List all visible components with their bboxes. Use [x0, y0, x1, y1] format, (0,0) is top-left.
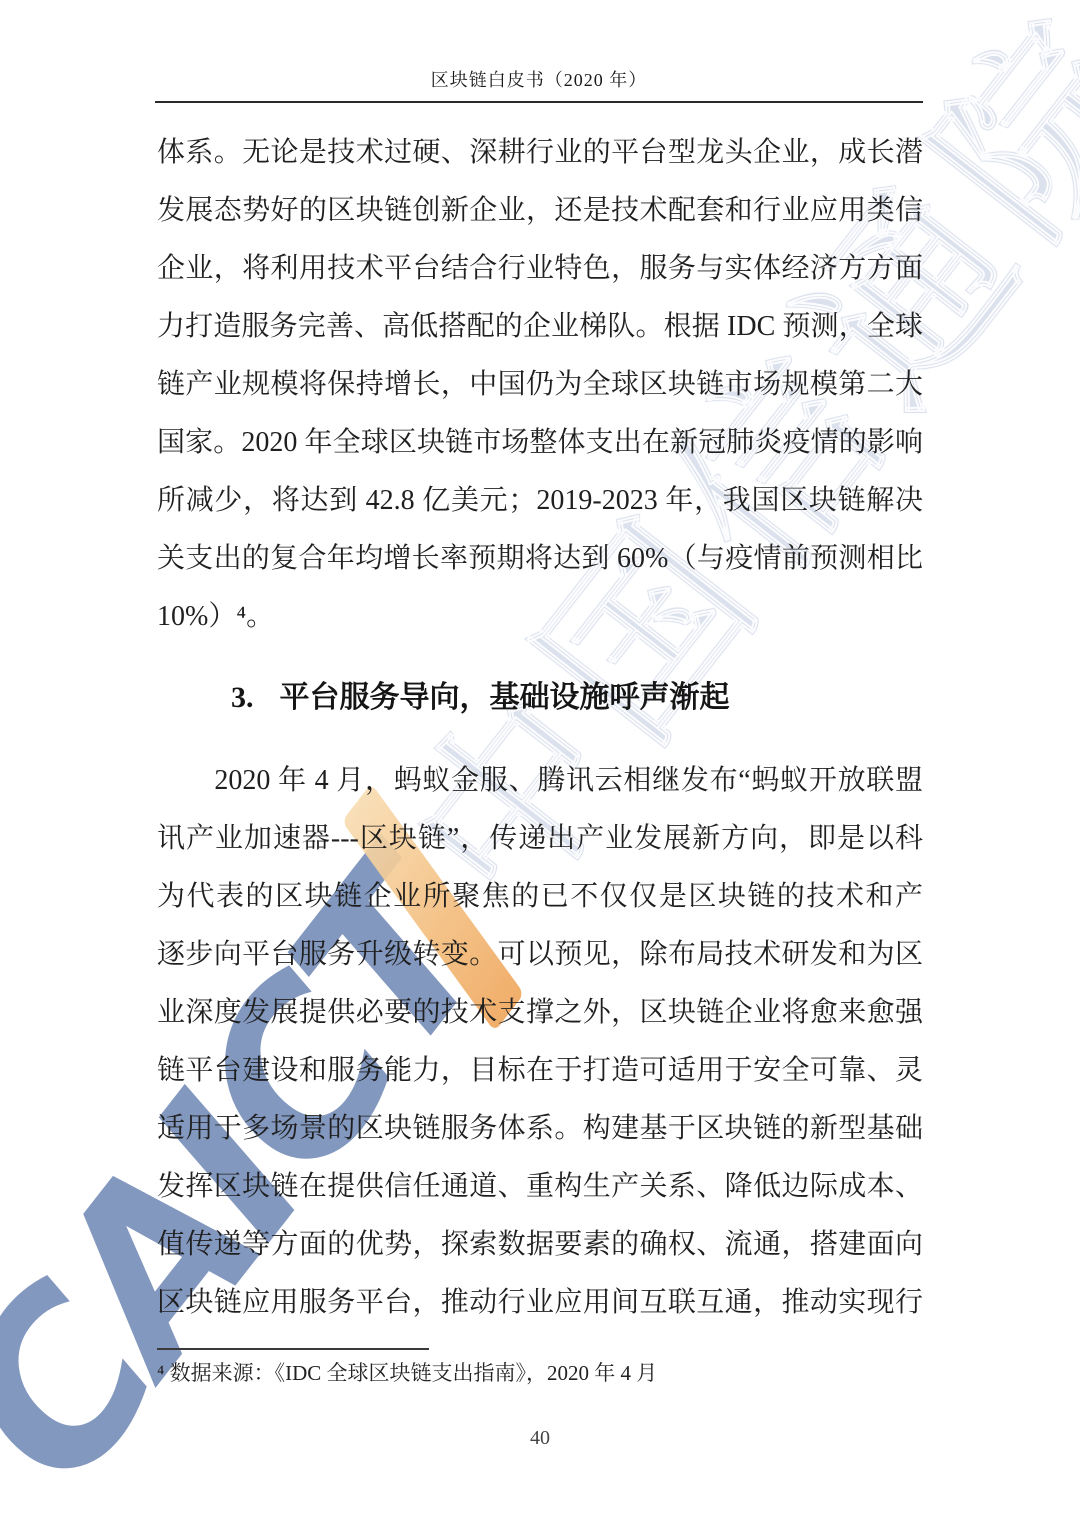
section-number: 3. [231, 681, 254, 714]
body-text: 体系。无论是技术过硬、深耕行业的平台型龙头企业，成长潜力大、发展态势好的区块链创… [157, 124, 923, 1388]
section-title: 平台服务导向，基础设施呼声渐起 [280, 681, 730, 714]
text-line: 链平台建设和服务能力，目标在于打造可适用于安全可靠、灵活高效、 [157, 1042, 923, 1100]
text-line: 讯产业加速器---区块链”，传递出产业发展新方向，即是以科技龙头 [157, 810, 923, 868]
footnote-text: ⁴ 数据来源：《IDC 全球区块链支出指南》，2020 年 4 月 [157, 1358, 923, 1388]
text-line: 体系。无论是技术过硬、深耕行业的平台型龙头企业，成长潜力大、 [157, 124, 923, 182]
footnote: ⁴ 数据来源：《IDC 全球区块链支出指南》，2020 年 4 月 [157, 1348, 923, 1388]
page-number: 40 [0, 1427, 1080, 1450]
text-line: 区块链应用服务平台，推动行业应用间互联互通，推动实现行业运行 [157, 1274, 923, 1332]
page-header-title: 区块链白皮书（2020 年） [155, 66, 923, 92]
section-heading: 3.平台服务导向，基础设施呼声渐起 [157, 676, 923, 720]
text-line: 值传递等方面的优势，探索数据要素的确权、流通，搭建面向行业的 [157, 1216, 923, 1274]
text-line: 逐步向平台服务升级转变。可以预见，除布局技术研发和为区块链产 [157, 926, 923, 984]
text-line: 国家。2020 年全球区块链市场整体支出在新冠肺炎疫情的影响下有 [157, 414, 923, 472]
text-line: 力打造服务完善、高低搭配的企业梯队。根据 IDC 预测，全球区块 [157, 298, 923, 356]
text-line: 适用于多场景的区块链服务体系。构建基于区块链的新型基础设施， [157, 1100, 923, 1158]
text-line: 关支出的复合年均增长率预期将达到 60%（与疫情前预测相比下降约 [157, 530, 923, 588]
text-line: 2020 年 4 月，蚂蚁金服、腾讯云相继发布“蚂蚁开放联盟链”和“腾 [157, 752, 923, 810]
text-line: 链产业规模将保持增长，中国仍为全球区块链市场规模第二大的单体 [157, 356, 923, 414]
text-line: 业深度发展提供必要的技术支撑之外，区块链企业将愈来愈强调区块 [157, 984, 923, 1042]
text-line: 发展态势好的区块链创新企业，还是技术配套和行业应用类信息服务 [157, 182, 923, 240]
paragraph-1: 体系。无论是技术过硬、深耕行业的平台型龙头企业，成长潜力大、发展态势好的区块链创… [157, 124, 923, 646]
text-line: 企业，将利用技术平台结合行业特色，服务与实体经济方方面面，合 [157, 240, 923, 298]
paragraph-2: 2020 年 4 月，蚂蚁金服、腾讯云相继发布“蚂蚁开放联盟链”和“腾讯产业加速… [157, 752, 923, 1332]
header-divider [155, 101, 923, 103]
text-line: 所减少，将达到 42.8 亿美元；2019-2023 年，我国区块链解决方案相 [157, 472, 923, 530]
text-line: 发挥区块链在提供信任通道、重构生产关系、降低边际成本、实现价 [157, 1158, 923, 1216]
text-line: 为代表的区块链企业所聚焦的已不仅仅是区块链的技术和产品，而是 [157, 868, 923, 926]
text-line: 10%）⁴。 [157, 588, 923, 646]
document-page: CAICT 中国信通院 区块链白皮书（2020 年） 体系。无论是技术过硬、深耕… [0, 0, 1080, 1528]
footnote-divider [157, 1348, 429, 1350]
